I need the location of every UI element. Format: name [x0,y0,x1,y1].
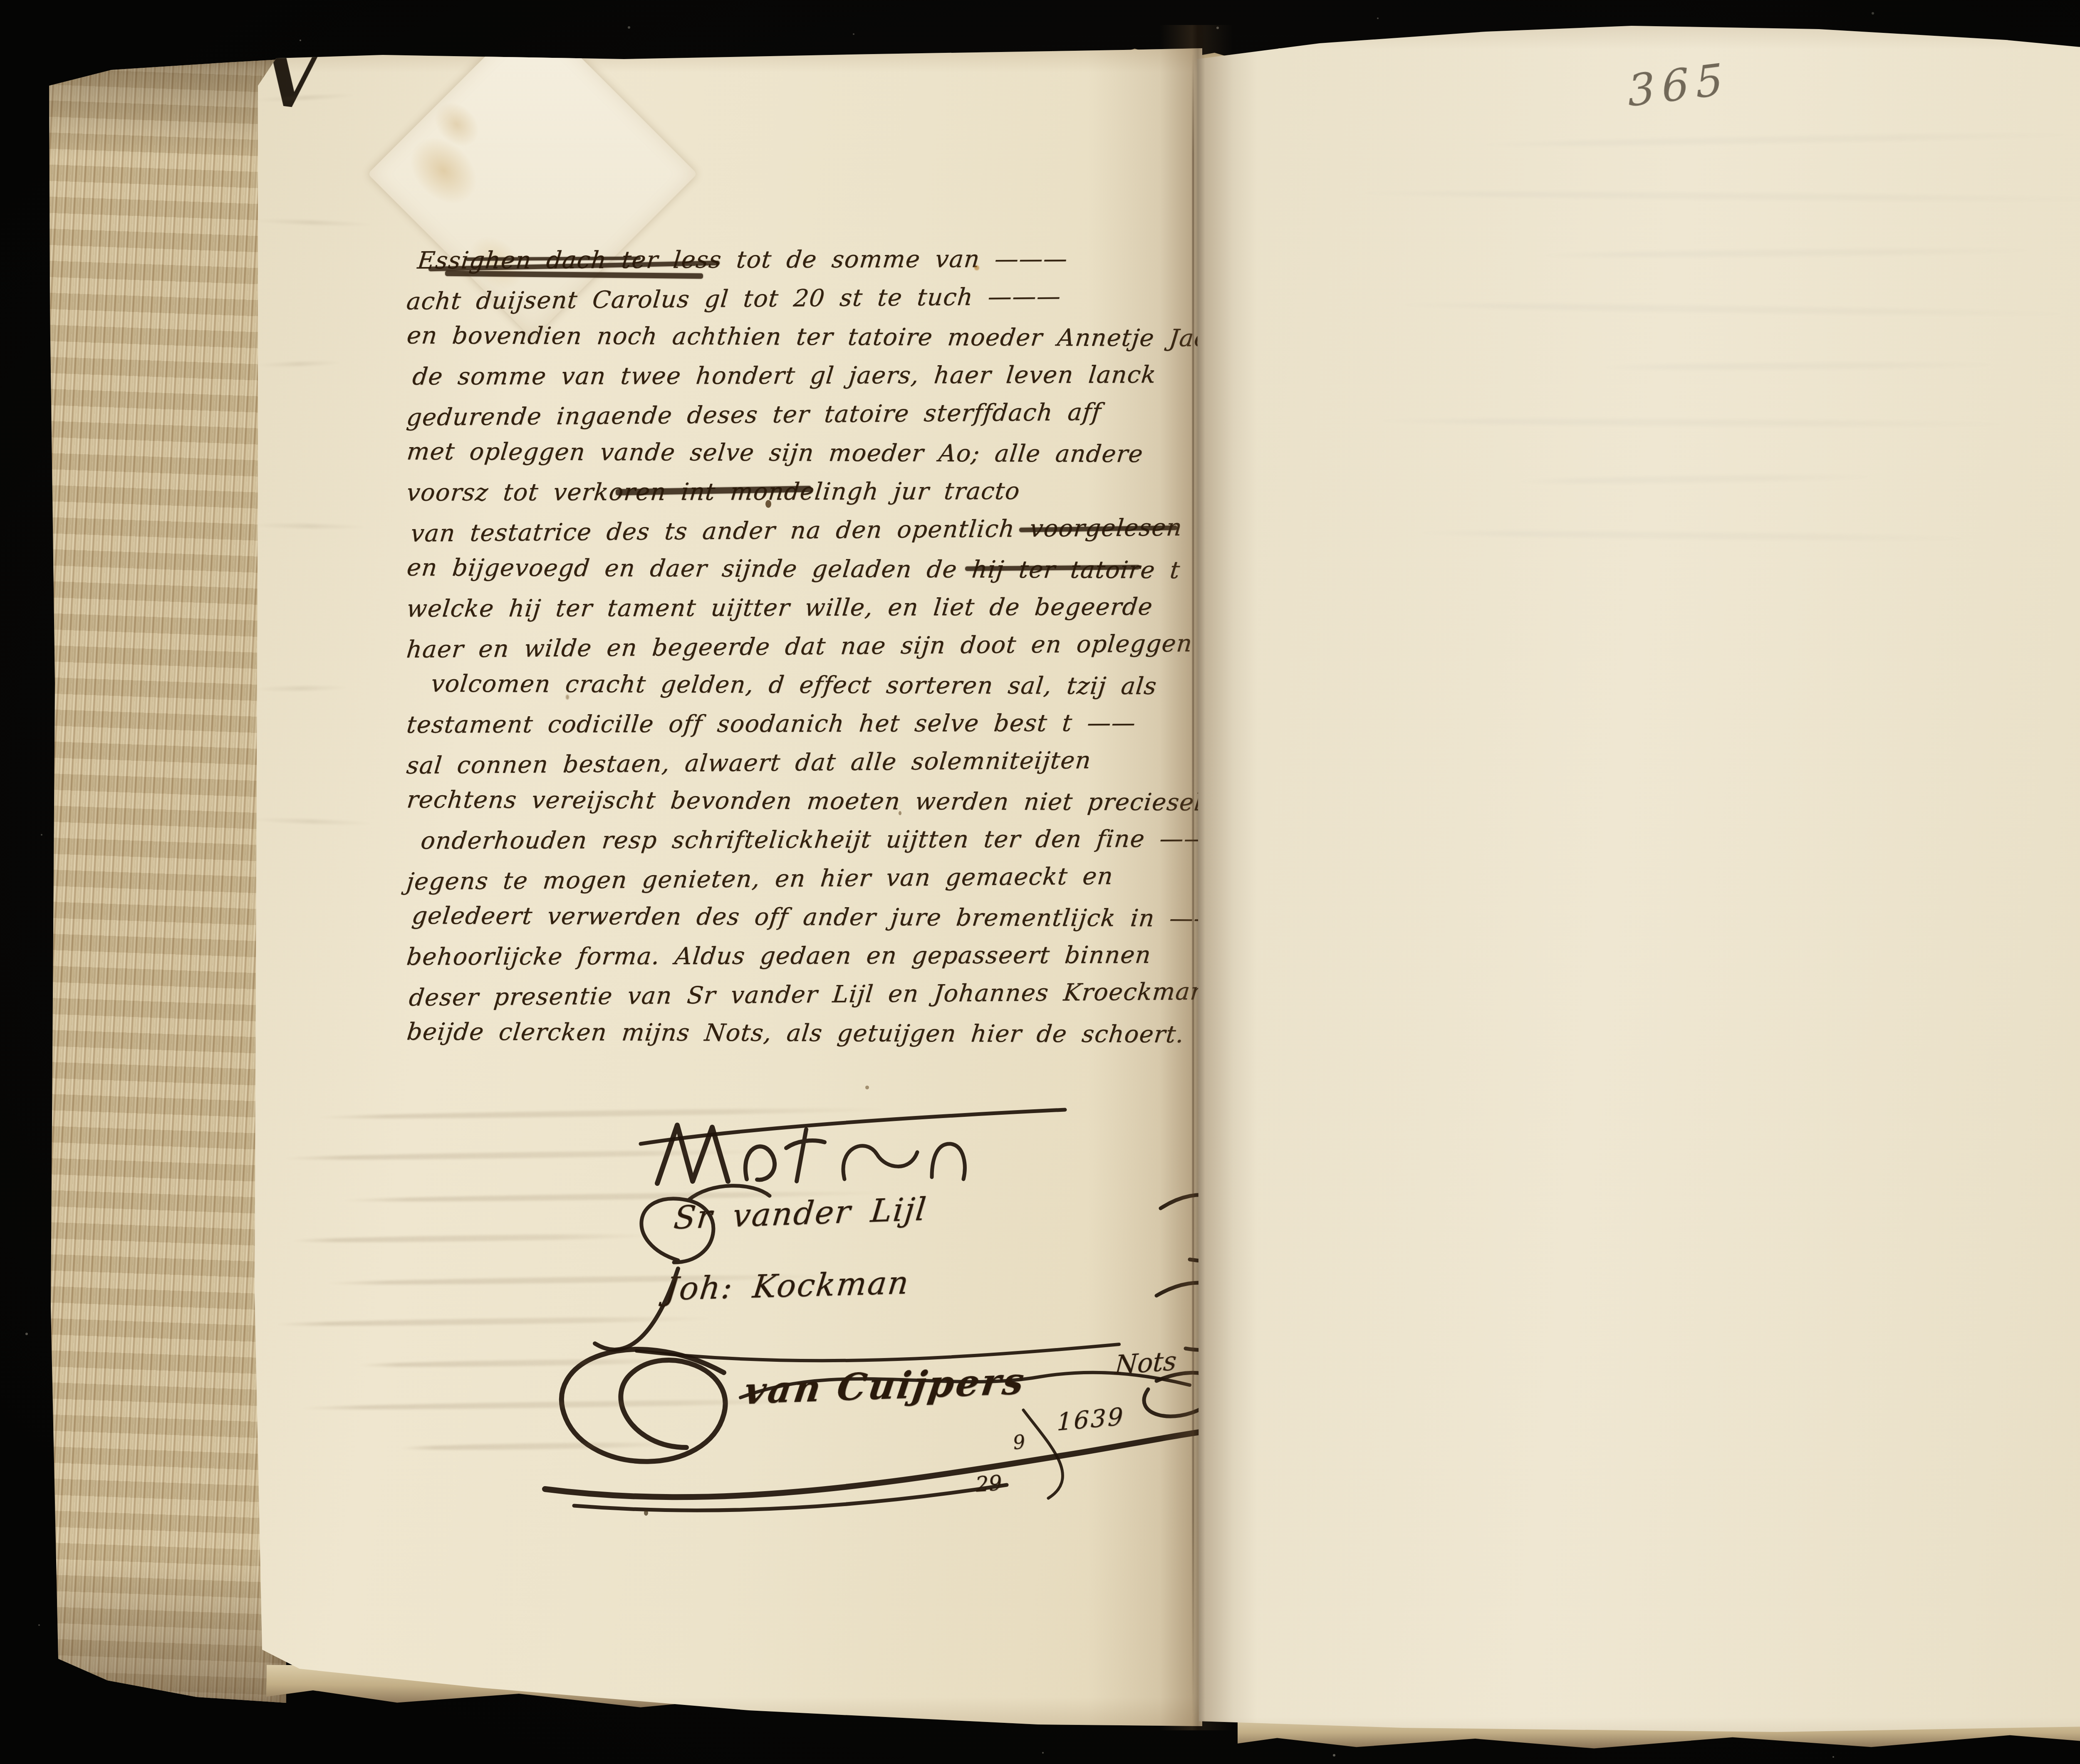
manuscript-line: welcke hij ter tament uijtter wille, en … [405,587,1233,628]
notary-title: Nots [1114,1346,1178,1381]
manuscript-line: met opleggen vande selve sijn moeder Ao;… [405,433,1232,474]
manuscript-line-text: rechtens vereijscht bevonden moeten werd… [405,781,1249,822]
paraph-number-bottom: 29 [975,1471,1003,1497]
manuscript-line: de somme van twee hondert gl jaers, haer… [405,355,1233,396]
photograph-scene: V Essighen dach ter less tot de somme va… [0,0,2080,1764]
manuscript-line-text: haer en wilde en begeerde dat nae sijn d… [405,624,1258,669]
manuscript-line: testament codicille off soodanich het se… [405,703,1233,744]
right-page: 365 [1195,20,2080,1742]
manuscript-line: en bovendien noch achthien ter tatoire m… [405,317,1232,358]
bleed-through-text [1303,136,2080,589]
manuscript-text: Essighen dach ter less tot de somme van … [407,240,1231,1053]
manuscript-line-text: sal connen bestaen, alwaert dat alle sol… [405,741,1093,785]
ink-stain [899,811,901,815]
manuscript-line-text: met opleggen vande selve sijn moeder Ao;… [405,433,1145,474]
manuscript-line-text: beijde clercken mijns Nots, als getuijge… [405,1013,1186,1054]
manuscript-line-text: geledeert verwerden des off ander jure b… [410,897,1220,938]
manuscript-line-text: volcomen cracht gelden, d effect sortere… [429,665,1159,706]
paraph-number-top: 9 [1012,1430,1026,1454]
manuscript-line: jegens te mogen genieten, en hier van ge… [405,856,1233,901]
corner-ink-mark: V [257,34,324,122]
manuscript-line: deser presentie van Sr vander Lijl en Jo… [405,972,1233,1017]
manuscript-line: haer en wilde en begeerde dat nae sijn d… [405,624,1233,669]
manuscript-line: sal connen bestaen, alwaert dat alle sol… [405,740,1233,785]
manuscript-line: rechtens vereijscht bevonden moeten werd… [405,781,1232,822]
fox-stain [974,265,979,270]
gutter-crease [1192,54,1194,1714]
manuscript-line-text: testament codicille off soodanich het se… [405,704,1138,745]
manuscript-line: volcomen cracht gelden, d effect sortere… [405,665,1232,706]
ink-stain [765,500,771,508]
manuscript-line-text: jegens te mogen genieten, en hier van ge… [405,857,1115,901]
manuscript-line: beijde clercken mijns Nots, als getuijge… [405,1013,1232,1054]
bleed-through-text [266,1111,899,1485]
manuscript-line-text: en bovendien noch achthien ter tatoire m… [405,317,1253,358]
ink-stain [865,1086,869,1089]
manuscript-line: onderhouden resp schriftelickheijt uijtt… [405,819,1233,860]
manuscript-line: geledeert verwerden des off ander jure b… [405,897,1232,938]
ink-stain [644,1510,648,1516]
left-page: V Essighen dach ter less tot de somme va… [250,46,1202,1726]
manuscript-line: acht duijsent Carolus gl tot 20 st te tu… [405,276,1233,321]
dust-specks [0,0,2,2]
manuscript-line-text: acht duijsent Carolus gl tot 20 st te tu… [405,277,1063,321]
left-page-edges [49,59,286,1703]
manuscript-line-text: de somme van twee hondert gl jaers, haer… [411,356,1158,396]
page-number: 365 [1627,54,1731,117]
fox-stain [566,695,569,700]
manuscript-line: voorsz tot verkoren int mondelingh jur t… [405,471,1233,512]
manuscript-line-text: deser presentie van Sr vander Lijl en Jo… [407,972,1208,1017]
manuscript-line-text: behoorlijcke forma. Aldus gedaen en gepa… [405,936,1153,977]
manuscript-line: gedurende ingaende deses ter tatoire ste… [405,392,1233,437]
manuscript-line-text: gedurende ingaende deses ter tatoire ste… [405,393,1103,437]
manuscript-line: behoorlijcke forma. Aldus gedaen en gepa… [405,935,1233,976]
manuscript-line-text: onderhouden resp schriftelickheijt uijtt… [419,820,1210,861]
signature-year: 1639 [1057,1402,1125,1437]
manuscript-line-text: welcke hij ter tament uijtter wille, en … [405,588,1155,628]
